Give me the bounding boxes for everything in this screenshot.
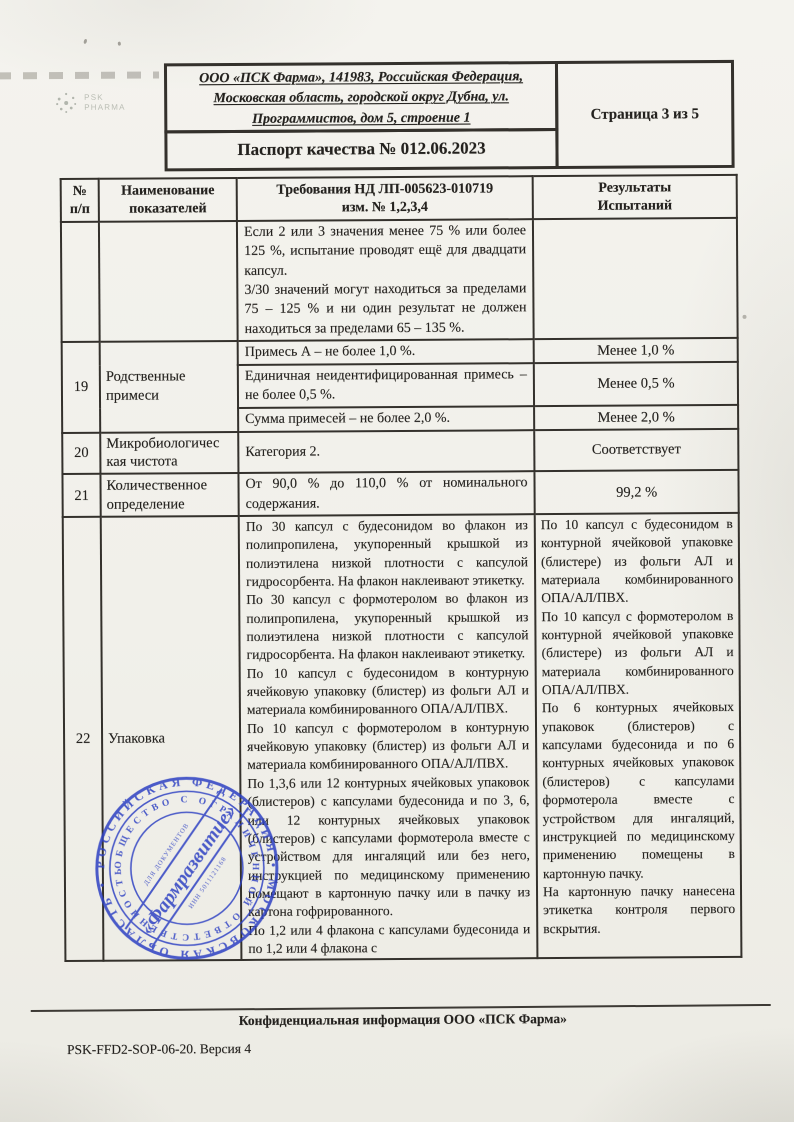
cell-result [533,218,738,339]
cell-requirement: По 30 капсул с будесонидом во флакон из … [239,514,538,960]
cell-requirement: От 90,0 % до 110,0 % от номинального сод… [238,471,534,515]
cell-num-21: 21 [62,474,100,517]
page-indicator: Страница 3 из 5 [555,60,735,169]
cell-result: Менее 1,0 % [534,338,738,363]
cell-name-20: Микробиологичес кая чистота [100,431,238,474]
scan-artifact [743,315,747,319]
cell-name [99,221,238,342]
cell-result: Менее 0,5 % [534,362,738,406]
cell-requirement: Если 2 или 3 значения менее 75 % или бол… [237,219,534,341]
table-row-21: 21 Количественное определение От 90,0 % … [62,470,738,517]
table-header-row: № п/п Наименование показателей Требовани… [61,175,737,222]
col-header-num: № п/п [61,179,99,222]
page-content: PSK PHARMA ООО «ПСК Фарма», 141983, Росс… [0,0,794,1122]
company-address: ООО «ПСК Фарма», 141983, Российская Феде… [164,61,558,133]
logo-text-line2: PHARMA [84,103,125,113]
cell-requirement: Примесь А – не более 1,0 %. [238,339,534,365]
cell-result: По 10 капсул с будесонидом в контурной я… [535,513,742,959]
cell-requirement: Сумма примесей – не более 2,0 %. [238,406,534,432]
psk-pharma-logo: PSK PHARMA [53,90,126,116]
cell-requirement: Единичная неидентифицированная примесь –… [238,363,534,407]
logo-text-line1: PSK [84,93,125,103]
document-code: PSK-FFD2-SOP-06-20. Версия 4 [67,1041,251,1058]
scan-artifact [83,39,87,45]
company-stamp: РОССИЙСКАЯ ФЕДЕРАЦИЯ • МОСКОВСКАЯ ОБЛАСТ… [91,773,282,964]
table-row-continuation: Если 2 или 3 значения менее 75 % или бол… [61,218,738,342]
scan-artifact [117,41,121,45]
cell-num-20: 20 [62,432,100,474]
cell-result: 99,2 % [534,470,738,514]
document-title: Паспорт качества № 012.06.2023 [164,128,558,171]
scan-artifact [0,71,159,79]
cell-num [61,222,100,342]
scanned-document-page: PSK PHARMA ООО «ПСК Фарма», 141983, Росс… [0,0,794,1122]
cell-name-19: Родственные примеси [100,341,239,432]
stamp-seal-icon: РОССИЙСКАЯ ФЕДЕРАЦИЯ • МОСКОВСКАЯ ОБЛАСТ… [91,773,282,964]
cell-result: Соответствует [534,428,738,471]
table-row-20: 20 Микробиологичес кая чистота Категория… [62,428,738,474]
cell-result: Менее 2,0 % [534,404,738,429]
cell-requirement: Категория 2. [238,430,534,473]
cell-num-19: 19 [62,342,101,433]
col-header-result: Результаты Испытаний [533,175,737,219]
col-header-requirement: Требования НД ЛП-005623-010719 изм. № 1,… [237,176,533,221]
cell-name-21: Количественное определение [100,473,238,516]
header-left-block: ООО «ПСК Фарма», 141983, Российская Феде… [164,61,559,171]
starburst-icon [53,90,79,116]
confidentiality-notice: Конфиденциальная информация ООО «ПСК Фар… [65,1010,741,1030]
col-header-name: Наименование показателей [99,178,237,222]
